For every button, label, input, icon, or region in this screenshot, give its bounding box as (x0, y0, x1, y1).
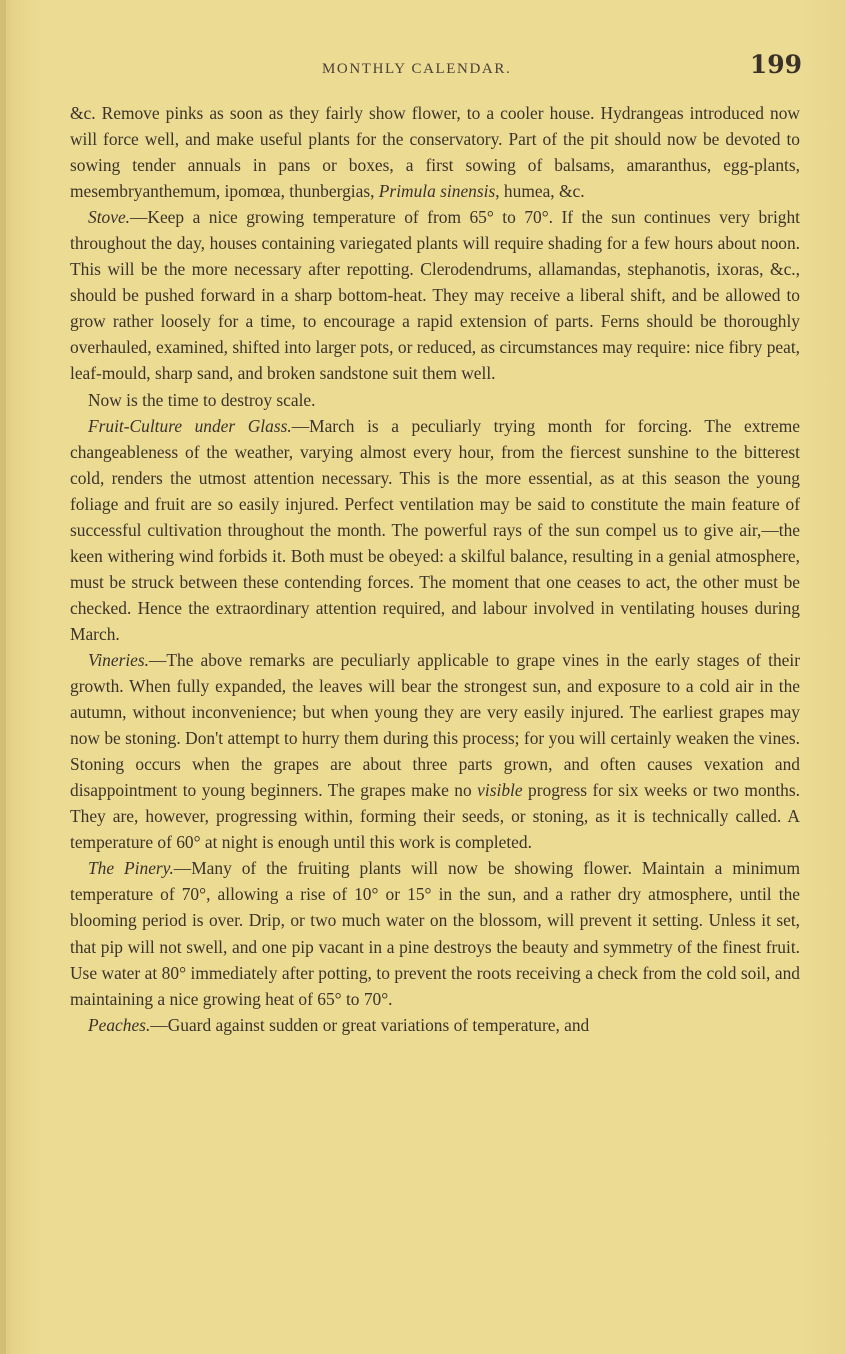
running-head: MONTHLY CALENDAR. 199 (322, 50, 802, 80)
running-title: MONTHLY CALENDAR. (322, 61, 511, 78)
italic-term: Primula sinensis (379, 181, 495, 201)
book-page: MONTHLY CALENDAR. 199 &c. Remove pinks a… (0, 0, 845, 1354)
paragraph-text: —March is a peculiarly trying month for … (70, 416, 800, 644)
paragraph-peaches: Peaches.—Guard against sudden or great v… (70, 1012, 800, 1038)
section-lead: Fruit-Culture under Glass. (88, 416, 292, 436)
paragraph-text: —Keep a nice growing temperature of from… (70, 207, 800, 383)
paragraph-text: Now is the time to destroy scale. (88, 390, 315, 410)
paragraph-text: —The above remarks are peculiarly applic… (70, 650, 800, 800)
paragraph-vineries: Vineries.—The above remarks are peculiar… (70, 647, 800, 855)
paragraph-text: —Guard against sudden or great variation… (150, 1015, 589, 1035)
body-text: &c. Remove pinks as soon as they fairly … (70, 100, 800, 1038)
page-number: 199 (750, 50, 802, 79)
paragraph-fruit-culture: Fruit-Culture under Glass.—March is a pe… (70, 413, 800, 647)
section-lead: Stove. (88, 207, 130, 227)
italic-term: visible (477, 780, 522, 800)
paragraph-continuation: &c. Remove pinks as soon as they fairly … (70, 100, 800, 204)
paragraph-text: —Many of the fruiting plants will now be… (70, 858, 800, 1008)
section-lead: Peaches. (88, 1015, 150, 1035)
paragraph-text: , humea, &c. (495, 181, 584, 201)
paragraph-scale: Now is the time to destroy scale. (70, 387, 800, 413)
paragraph-stove: Stove.—Keep a nice growing temperature o… (70, 204, 800, 386)
section-lead: The Pinery. (88, 858, 174, 878)
section-lead: Vineries. (88, 650, 149, 670)
page-gutter-edge (0, 0, 6, 1354)
paragraph-pinery: The Pinery.—Many of the fruiting plants … (70, 855, 800, 1011)
